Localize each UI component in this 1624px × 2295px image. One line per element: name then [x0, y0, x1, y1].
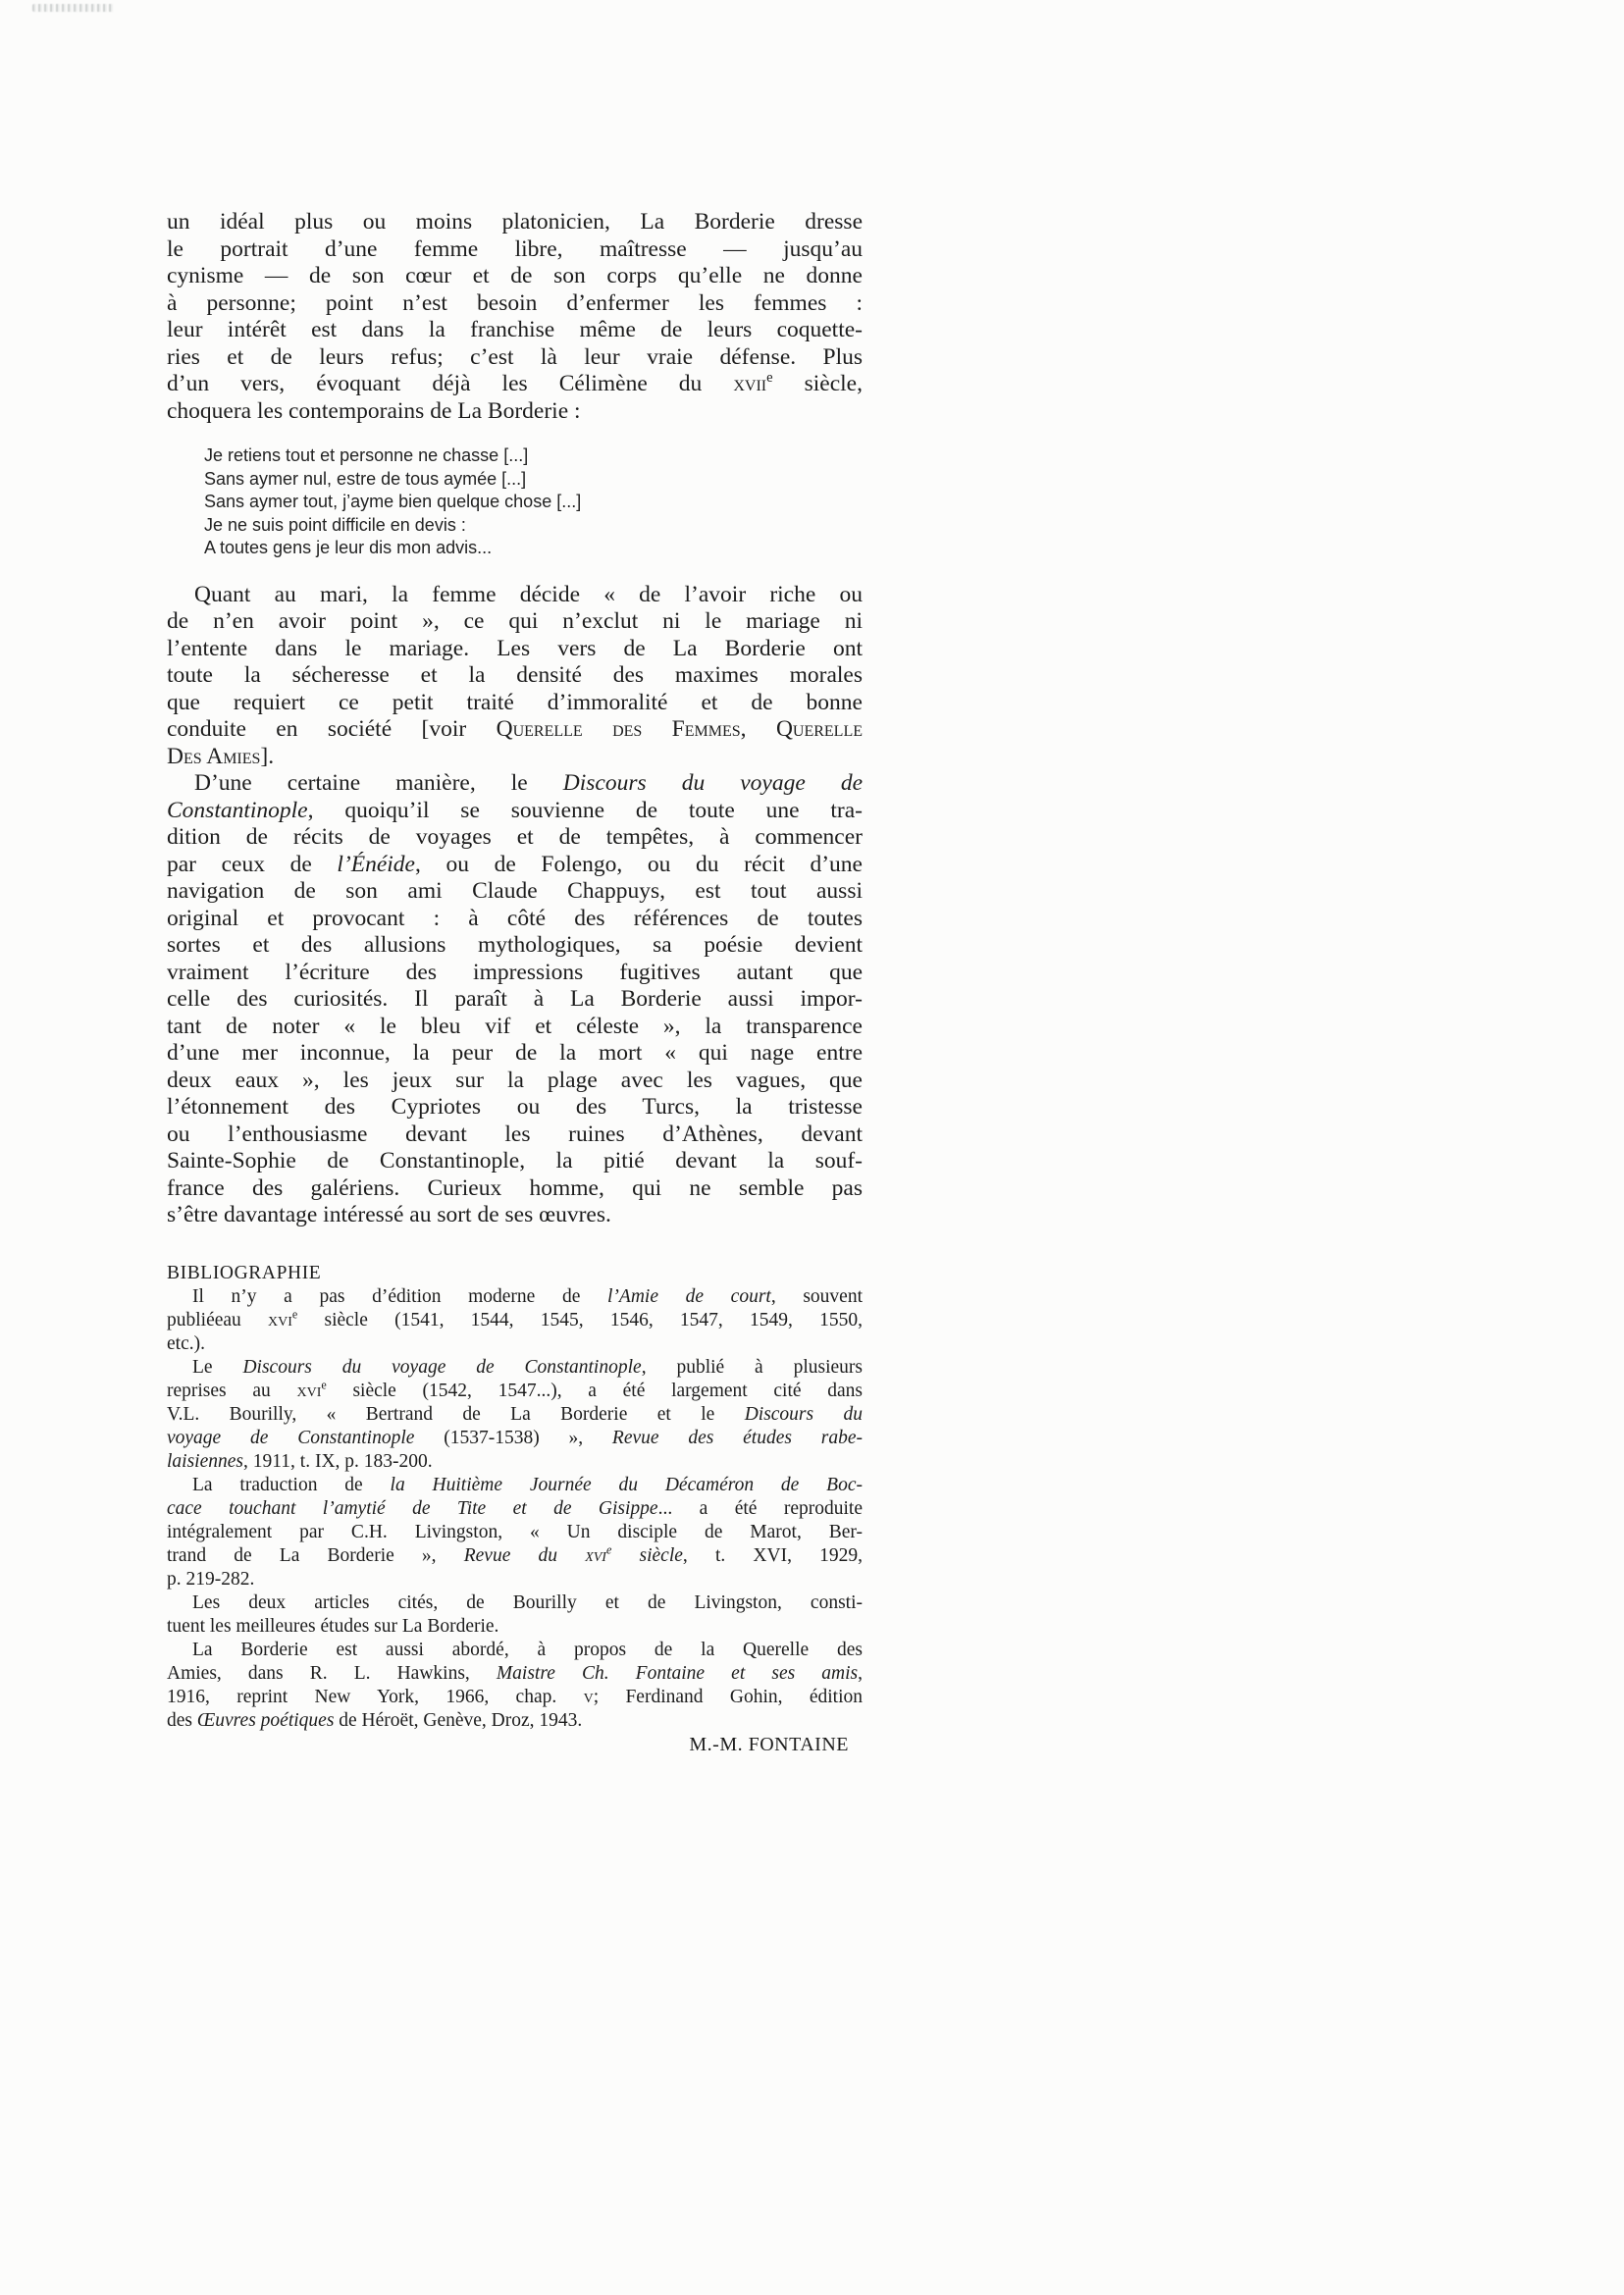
text-line: V.L. Bourilly, « Bertrand de La Borderie…	[167, 1403, 863, 1427]
text-line: ries et de leurs refus; c’est là leur vr…	[167, 344, 863, 372]
text-line: cynisme — de son cœur et de son corps qu…	[167, 263, 863, 290]
bibliography-paragraph-4: Les deux articles cités, de Bourilly et …	[167, 1591, 863, 1639]
text-line: voyage de Constantinople (1537-1538) », …	[167, 1427, 863, 1450]
text-line: intégralement par C.H. Livingston, « Un …	[167, 1521, 863, 1544]
text-line: cace touchant l’amytié de Tite et de Gis…	[167, 1497, 863, 1521]
scanned-document-page: un idéal plus ou moins platonicien, La B…	[0, 0, 1624, 2295]
paragraph-1: un idéal plus ou moins platonicien, La B…	[167, 209, 863, 425]
text-line: laisiennes, 1911, t. IX, p. 183-200.	[167, 1450, 863, 1474]
text-line: tuent les meilleures études sur La Borde…	[167, 1615, 863, 1639]
text-line: que requiert ce petit traité d’immoralit…	[167, 690, 863, 717]
text-line: Sainte-Sophie de Constantinople, la piti…	[167, 1148, 863, 1175]
text-line: Constantinople, quoiqu’il se souvienne d…	[167, 798, 863, 825]
text-line: d’un vers, évoquant déjà les Célimène du…	[167, 371, 863, 398]
text-line: A toutes gens je leur dis mon advis...	[204, 537, 863, 560]
text-line: Les deux articles cités, de Bourilly et …	[167, 1591, 863, 1615]
text-line: publiéeau xvie siècle (1541, 1544, 1545,…	[167, 1309, 863, 1332]
text-line: 1916, reprint New York, 1966, chap. v; F…	[167, 1686, 863, 1709]
text-line: vraiment l’écriture des impressions fugi…	[167, 960, 863, 987]
text-line: Amies, dans R. L. Hawkins, Maistre Ch. F…	[167, 1662, 863, 1686]
text-line: l’étonnement des Cypriotes ou des Turcs,…	[167, 1094, 863, 1121]
bibliography-heading: BIBLIOGRAPHIE	[167, 1262, 863, 1285]
text-line: tant de noter « le bleu vif et céleste »…	[167, 1014, 863, 1041]
text-line: Le Discours du voyage de Constantinople,…	[167, 1356, 863, 1380]
text-line: p. 219-282.	[167, 1568, 863, 1591]
text-line: leur intérêt est dans la franchise même …	[167, 317, 863, 344]
text-line: original et provocant : à côté des référ…	[167, 906, 863, 933]
text-line: dition de récits de voyages et de tempêt…	[167, 824, 863, 852]
text-line: etc.).	[167, 1332, 863, 1356]
text-line: de n’en avoir point », ce qui n’exclut n…	[167, 608, 863, 636]
text-line: l’entente dans le mariage. Les vers de L…	[167, 636, 863, 663]
text-line: Quant au mari, la femme décide « de l’av…	[167, 582, 863, 609]
text-line: Je retiens tout et personne ne chasse [.…	[204, 444, 863, 468]
text-line: Il n’y a pas d’édition moderne de l’Amie…	[167, 1285, 863, 1309]
paragraph-2: Quant au mari, la femme décide « de l’av…	[167, 582, 863, 771]
text-line: La Borderie est aussi abordé, à propos d…	[167, 1639, 863, 1662]
text-line: Je ne suis point difficile en devis :	[204, 514, 863, 538]
text-line: D’une certaine manière, le Discours du v…	[167, 770, 863, 798]
text-line: choquera les contemporains de La Borderi…	[167, 398, 863, 426]
text-line: le portrait d’une femme libre, maîtresse…	[167, 236, 863, 264]
text-column: un idéal plus ou moins platonicien, La B…	[167, 209, 863, 1756]
text-line: sortes et des allusions mythologiques, s…	[167, 932, 863, 960]
text-line: un idéal plus ou moins platonicien, La B…	[167, 209, 863, 236]
text-line: celle des curiosités. Il paraît à La Bor…	[167, 986, 863, 1014]
text-line: La traduction de la Huitième Journée du …	[167, 1474, 863, 1497]
text-line: deux eaux », les jeux sur la plage avec …	[167, 1068, 863, 1095]
text-line: trand de La Borderie », Revue du xvie si…	[167, 1544, 863, 1568]
paragraph-3: D’une certaine manière, le Discours du v…	[167, 770, 863, 1229]
text-line: Sans aymer tout, j’ayme bien quelque cho…	[204, 491, 863, 514]
text-line: Sans aymer nul, estre de tous aymée [...…	[204, 468, 863, 492]
bibliography-paragraph-2: Le Discours du voyage de Constantinople,…	[167, 1356, 863, 1474]
text-line: toute la sécheresse et la densité des ma…	[167, 662, 863, 690]
text-line: s’être davantage intéressé au sort de se…	[167, 1202, 863, 1229]
text-line: france des galériens. Curieux homme, qui…	[167, 1175, 863, 1203]
text-line: des Œuvres poétiques de Héroët, Genève, …	[167, 1709, 863, 1733]
bibliography-paragraph-5: La Borderie est aussi abordé, à propos d…	[167, 1639, 863, 1733]
bibliography-paragraph-3: La traduction de la Huitième Journée du …	[167, 1474, 863, 1591]
text-line: ou l’enthousiasme devant les ruines d’At…	[167, 1121, 863, 1149]
text-line: d’une mer inconnue, la peur de la mort «…	[167, 1040, 863, 1068]
author-signature: M.-M. FONTAINE	[167, 1733, 863, 1756]
bibliography-paragraph-1: Il n’y a pas d’édition moderne de l’Amie…	[167, 1285, 863, 1356]
text-line: Des Amies].	[167, 744, 863, 771]
scan-artifact-smudge	[32, 4, 115, 12]
text-line: navigation de son ami Claude Chappuys, e…	[167, 878, 863, 906]
text-line: conduite en société [voir Querelle des F…	[167, 716, 863, 744]
text-line: par ceux de l’Énéide, ou de Folengo, ou …	[167, 852, 863, 879]
text-line: à personne; point n’est besoin d’enferme…	[167, 290, 863, 318]
text-line: reprises au xvie siècle (1542, 1547...),…	[167, 1380, 863, 1403]
verse-quotation: Je retiens tout et personne ne chasse [.…	[204, 444, 863, 560]
